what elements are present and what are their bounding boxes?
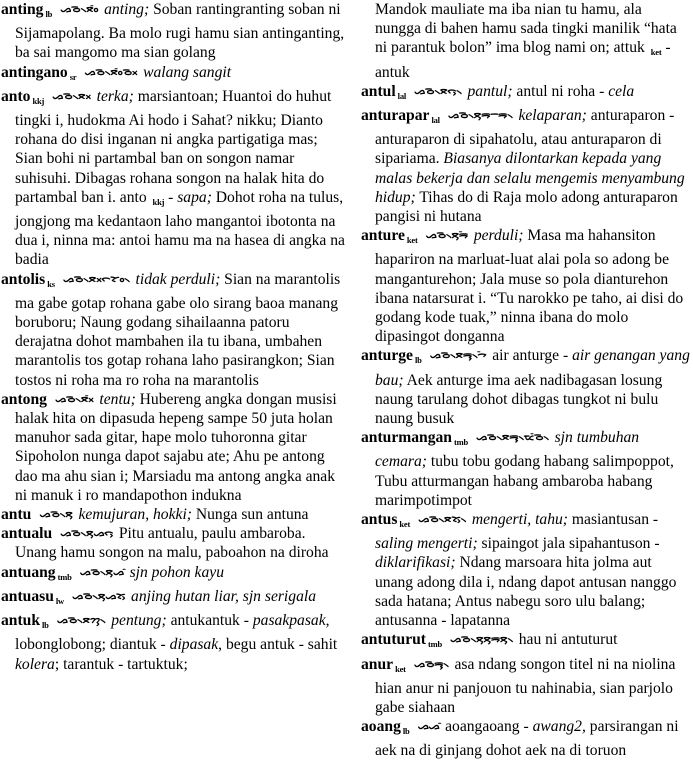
definition-italic: tentu;	[99, 391, 135, 408]
headword: antong	[1, 391, 47, 408]
headword: aoang	[361, 718, 401, 735]
batak-script-glyphs: ᯀᯉ᯲ᯖᯮᯀᯘᯮ	[72, 591, 125, 602]
headword: anturge	[361, 347, 413, 364]
dictionary-entry: aoanglbᯀᯀᯰaoangaoang - awang2, parsirang…	[361, 717, 691, 760]
example-text: Mandok mauliate ma iba nian tu hamu, ala…	[375, 1, 677, 56]
batak-script-glyphs: ᯀᯉ᯲ᯖᯮᯒ᯲ᯔᯰᯉ᯲	[476, 432, 549, 443]
batak-script-glyphs: ᯀᯉ᯲ᯖᯪᯰᯉᯬ	[84, 67, 137, 78]
example-text: masiantusan -	[568, 511, 658, 528]
headword: antualu	[1, 525, 52, 542]
dictionary-entry: anturaparlalᯀᯉ᯲ᯖᯮᯒᯇᯒ᯲kelaparan; anturapa…	[361, 106, 691, 226]
headword: anturapar	[361, 107, 429, 124]
definition-italic: pentung;	[111, 612, 166, 629]
batak-script-glyphs: ᯀᯉᯮᯒ᯲	[414, 659, 449, 670]
batak-script-glyphs: ᯀᯉ᯲ᯖᯬᯰ	[55, 394, 93, 405]
definition-italic: walang sangit	[143, 64, 231, 81]
definition-italic: kemujuran, hokki;	[79, 506, 192, 523]
batak-script-glyphs: ᯀᯉ᯲ᯖᯮᯒᯇᯒ᯲	[448, 110, 513, 121]
example-text: antukantuk -	[167, 612, 253, 629]
example-text: ; tarantuk - tartuktuk;	[55, 656, 188, 673]
dictionary-entry: antualuᯀᯉ᯲ᯖᯮᯀᯞᯮPitu antualu, paulu ambar…	[1, 524, 349, 562]
headword: antuturut	[361, 631, 426, 648]
headword: antuk	[1, 612, 40, 629]
region-tag: tmb	[58, 572, 72, 582]
example-text: , begu antuk - sahit	[218, 636, 337, 653]
example-text: antul ni roha -	[513, 83, 609, 100]
definition-italic: diklarifikasi;	[375, 554, 456, 571]
example-text: hau ni antuturut	[519, 631, 618, 648]
example-text: aoangaoang -	[445, 718, 532, 735]
dictionary-entry: antolisksᯀᯉ᯲ᯖᯬᯞᯪᯘ᯲tidak perduli; Sian na…	[1, 270, 349, 390]
region-tag: lb	[403, 726, 410, 736]
region-tag: ket	[651, 47, 662, 57]
batak-script-glyphs: ᯀᯉ᯲ᯖᯮᯞ᯲	[414, 86, 461, 97]
dictionary-entry: anturgelbᯀᯉ᯲ᯖᯮᯒ᯲ᯎᯩair anturge - air gena…	[361, 346, 691, 428]
batak-script-glyphs: ᯀᯉ᯲ᯖᯬᯞᯪᯘ᯲	[63, 274, 130, 285]
headword: anur	[361, 656, 393, 673]
definition-italic: anting;	[104, 1, 149, 18]
region-tag: tmb	[454, 437, 468, 447]
dictionary-entry: antuturuttmbᯀᯉ᯲ᯖᯮᯖᯮᯒᯮᯖ᯲hau ni antuturut	[361, 630, 691, 654]
example-text: Aek anturge ima aek nadibagasan losung n…	[375, 372, 662, 427]
region-tag: lal	[431, 115, 439, 125]
dictionary-entry: antuangtmbᯀᯉ᯲ᯖᯮᯀᯰsjn pohon kayu	[1, 563, 349, 587]
definition-italic: perduli;	[474, 227, 524, 244]
definition-italic: terka;	[97, 88, 134, 105]
example-text: Tihas do di Raja molo adong anturaparon …	[375, 189, 678, 225]
headword: antolis	[1, 271, 45, 288]
region-tag: ks	[47, 279, 55, 289]
dictionary-entry: antuᯀᯉ᯲ᯖᯮkemujuran, hokki; Nunga sun ant…	[1, 505, 349, 524]
batak-script-glyphs: ᯀᯉ᯲ᯖᯮᯒ᯲ᯎᯩ	[430, 350, 487, 361]
headword: antul	[361, 83, 396, 100]
region-tag: tmb	[428, 639, 442, 649]
region-tag: lb	[45, 9, 52, 19]
batak-script-glyphs: ᯀᯉ᯲ᯖᯬ	[52, 91, 90, 102]
definition-italic: kelaparan;	[518, 107, 586, 124]
region-tag: lb	[415, 355, 422, 365]
example-text: lobonglobong; diantuk -	[15, 636, 170, 653]
definition-italic: pasakpasak,	[253, 612, 330, 629]
headword: anture	[361, 227, 405, 244]
dictionary-entry: anurketᯀᯉᯮᯒ᯲asa ndang songon titel ni na…	[361, 655, 691, 718]
dictionary-entry: anturmangantmbᯀᯉ᯲ᯖᯮᯒ᯲ᯔᯰᯉ᯲sjn tumbuhan ce…	[361, 428, 691, 510]
batak-script-glyphs: ᯀᯉ᯲ᯖᯮᯀᯞᯮ	[60, 528, 113, 539]
definition-italic: cela	[608, 83, 634, 100]
dictionary-page: antinglbᯀᯉ᯲ᯖᯪᯰanting; Soban rantingranti…	[0, 0, 693, 768]
right-column: Mandok mauliate ma iba nian tu hamu, ala…	[361, 0, 691, 761]
dictionary-entry: antusketᯀᯉ᯲ᯖᯮᯘ᯲mengerti, tahu; masiantus…	[361, 510, 691, 630]
region-tag: lb	[42, 620, 49, 630]
batak-script-glyphs: ᯀᯉ᯲ᯖᯪᯰ	[60, 4, 98, 15]
headword: antingano	[1, 64, 68, 81]
batak-script-glyphs: ᯀᯀᯰ	[418, 721, 440, 732]
dictionary-entry: antinganosrᯀᯉ᯲ᯖᯪᯰᯉᯬwalang sangit	[1, 63, 349, 87]
batak-script-glyphs: ᯀᯉ᯲ᯖᯮᯂ᯲	[57, 615, 106, 626]
headword: anto	[1, 88, 30, 105]
definition-italic: pantul;	[467, 83, 512, 100]
region-tag: ket	[399, 519, 410, 529]
definition-italic: awang2,	[533, 718, 586, 735]
region-tag: ket	[407, 235, 418, 245]
definition-italic: sjn pohon kayu	[130, 564, 224, 581]
dictionary-entry: antuasulwᯀᯉ᯲ᯖᯮᯀᯘᯮanjing hutan liar, sjn …	[1, 587, 349, 611]
region-tag: lw	[56, 596, 64, 606]
region-tag: ket	[395, 664, 406, 674]
example-text: Masa ma hahansiton hapariron na marluat-…	[375, 227, 683, 345]
batak-script-glyphs: ᯀᯉ᯲ᯖᯮᯒᯩ	[426, 230, 468, 241]
example-text: sipaingot jala sipahantuson -	[478, 535, 660, 552]
example-text: Sian na marantolis ma gabe gotap rohana …	[15, 271, 340, 389]
dictionary-entry: antongᯀᯉ᯲ᯖᯬᯰtentu; Hubereng angka dongan…	[1, 390, 349, 505]
batak-script-glyphs: ᯀᯉ᯲ᯖᯮᯖᯮᯒᯮᯖ᯲	[450, 634, 513, 645]
batak-script-glyphs: ᯀᯉ᯲ᯖᯮ	[39, 509, 72, 520]
dictionary-entry: antuklbᯀᯉ᯲ᯖᯮᯂ᯲pentung; antukantuk - pasa…	[1, 611, 349, 674]
headword: antus	[361, 511, 397, 528]
definition-italic: anjing hutan liar, sjn serigala	[131, 588, 316, 605]
headword: antu	[1, 506, 31, 523]
definition-italic: mengerti, tahu;	[472, 511, 568, 528]
headword: anting	[1, 1, 43, 18]
dictionary-entry: antokkjᯀᯉ᯲ᯖᯬterka; marsiantoan; Huantoi …	[1, 87, 349, 270]
definition-italic: saling mengerti;	[375, 535, 478, 552]
definition-italic: dipasak	[170, 636, 219, 653]
headword: anturmangan	[361, 429, 452, 446]
headword: antuang	[1, 564, 56, 581]
headword: antuasu	[1, 588, 54, 605]
region-tag: sr	[70, 72, 77, 82]
example-text: air anturge -	[492, 347, 572, 364]
region-tag: kkj	[32, 96, 44, 106]
definition-italic: kolera	[15, 656, 55, 673]
dictionary-entry: antureketᯀᯉ᯲ᯖᯮᯒᯩperduli; Masa ma hahansi…	[361, 226, 691, 346]
example-text: Hubereng angka dongan musisi halak hita …	[15, 391, 337, 504]
left-column: antinglbᯀᯉ᯲ᯖᯪᯰanting; Soban rantingranti…	[1, 0, 349, 674]
region-tag: kkj	[153, 197, 165, 207]
example-text: Nunga sun antuna	[192, 506, 309, 523]
batak-script-glyphs: ᯀᯉ᯲ᯖᯮᯀᯰ	[80, 567, 124, 578]
batak-script-glyphs: ᯀᯉ᯲ᯖᯮᯘ᯲	[418, 514, 466, 525]
definition-italic: tidak perduli;	[136, 271, 221, 288]
definition-italic: sapa;	[177, 189, 212, 206]
entry-continuation: Mandok mauliate ma iba nian tu hamu, ala…	[361, 0, 691, 82]
dictionary-entry: antullalᯀᯉ᯲ᯖᯮᯞ᯲pantul; antul ni roha - c…	[361, 82, 691, 106]
dictionary-entry: antinglbᯀᯉ᯲ᯖᯪᯰanting; Soban rantingranti…	[1, 0, 349, 63]
region-tag: lal	[398, 91, 406, 101]
example-text: -	[164, 189, 177, 206]
